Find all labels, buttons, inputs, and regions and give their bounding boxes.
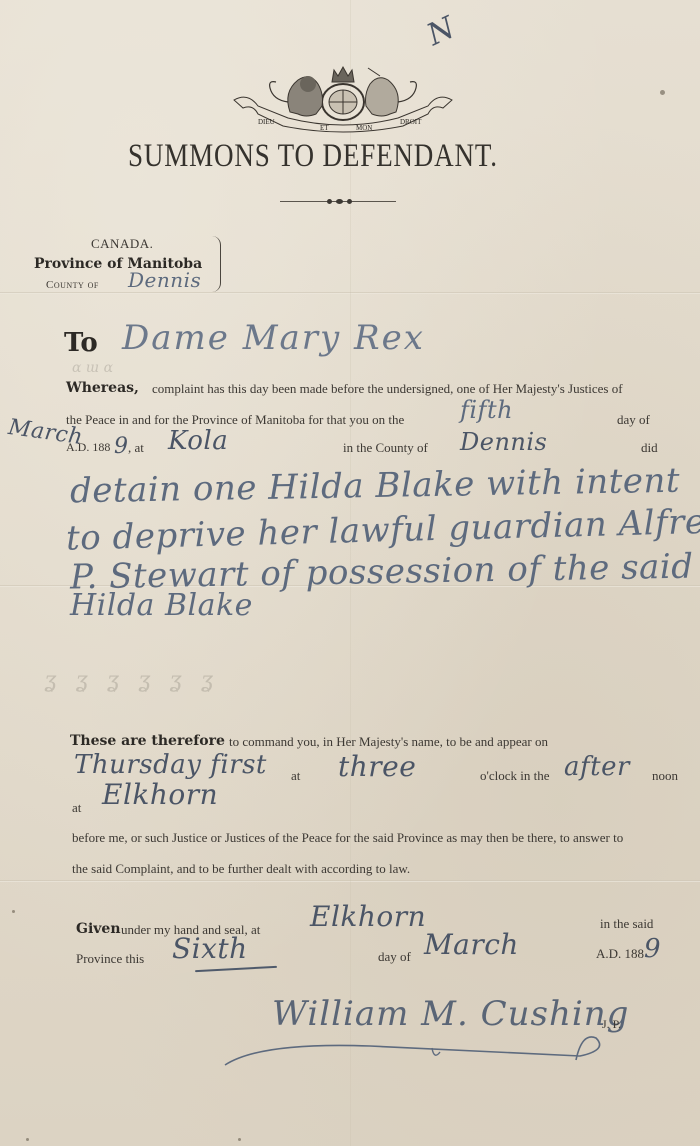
whereas-line-1: complaint has this day been made before …	[152, 381, 623, 397]
addressee-name: Dame Mary Rex	[122, 318, 425, 358]
province-this-label: Province this	[76, 951, 144, 967]
stain-speck	[12, 910, 15, 913]
oclock-label: o'clock in the	[480, 768, 550, 784]
coat-of-arms-icon: DIEU ET MON DROIT	[228, 62, 458, 134]
day-of-label: day of	[617, 412, 650, 428]
offence-day-value: fifth	[460, 396, 513, 424]
at-label-3: at	[72, 800, 81, 816]
motto-dieu: DIEU	[258, 118, 275, 126]
title-ornament-dot	[347, 199, 352, 204]
command-line-3: before me, or such Justice or Justices o…	[72, 830, 623, 846]
jurisdiction-brace	[212, 236, 221, 292]
county-of-label: in the County of	[343, 440, 428, 456]
in-the-said-label: in the said	[600, 916, 653, 932]
given-lead: Given	[76, 921, 121, 937]
royal-coat-of-arms: DIEU ET MON DROIT	[228, 62, 458, 134]
ghost-ink-mark: ʓ ʓ ʓ ʓ ʓ ʓ	[44, 668, 219, 693]
signature-flourish-icon	[220, 1030, 610, 1070]
motto-mon: MON	[356, 124, 372, 132]
appearance-place-value: Elkhorn	[102, 778, 218, 811]
appearance-hour-value: three	[338, 750, 416, 783]
whereas-lead: Whereas,	[66, 380, 139, 396]
ghost-ink-mark: ɑ ɯ ɑ	[72, 360, 113, 376]
given-place-value: Elkhorn	[310, 900, 426, 933]
appearance-day-value: Thursday first	[74, 750, 267, 780]
signature-name: William M. Cushing	[272, 994, 629, 1034]
title-ornament-dot	[327, 199, 332, 204]
motto-droit: DROIT	[400, 118, 422, 126]
whereas-line-2: the Peace in and for the Province of Man…	[66, 412, 404, 428]
given-ad-label: A.D. 188	[596, 946, 644, 962]
addressee-label: To	[64, 328, 98, 358]
county-value: Dennis	[128, 268, 201, 292]
at-label-2: at	[291, 768, 300, 784]
given-year-digit: 9	[644, 934, 661, 964]
appearance-period-value: after	[564, 752, 630, 782]
command-line-4: the said Complaint, and to be further de…	[72, 861, 410, 877]
document-title: SUMMONS TO DEFENDANT.	[128, 138, 498, 175]
stain-speck	[660, 90, 665, 95]
given-day-value: Sixth	[172, 932, 248, 965]
offence-line-4: Hilda Blake	[70, 588, 253, 623]
stain-speck	[238, 1138, 241, 1141]
offence-place-value: Kola	[168, 426, 228, 456]
given-month-value: March	[424, 928, 519, 961]
stain-speck	[26, 1138, 29, 1141]
did-label: did	[641, 440, 658, 456]
at-label: , at	[128, 440, 144, 456]
command-line-1: to command you, in Her Majesty's name, t…	[229, 734, 548, 750]
offence-year-digit: 9	[114, 434, 129, 459]
motto-et: ET	[320, 124, 329, 132]
command-lead: These are therefore	[70, 733, 225, 749]
title-ornament-dot	[336, 199, 343, 204]
country-label: CANADA.	[91, 236, 153, 252]
ad-label: A.D. 188	[66, 440, 110, 455]
day-of-label-2: day of	[378, 949, 411, 965]
noon-label: noon	[652, 768, 678, 784]
county-label: County of	[46, 279, 99, 291]
offence-county-value: Dennis	[460, 428, 547, 456]
